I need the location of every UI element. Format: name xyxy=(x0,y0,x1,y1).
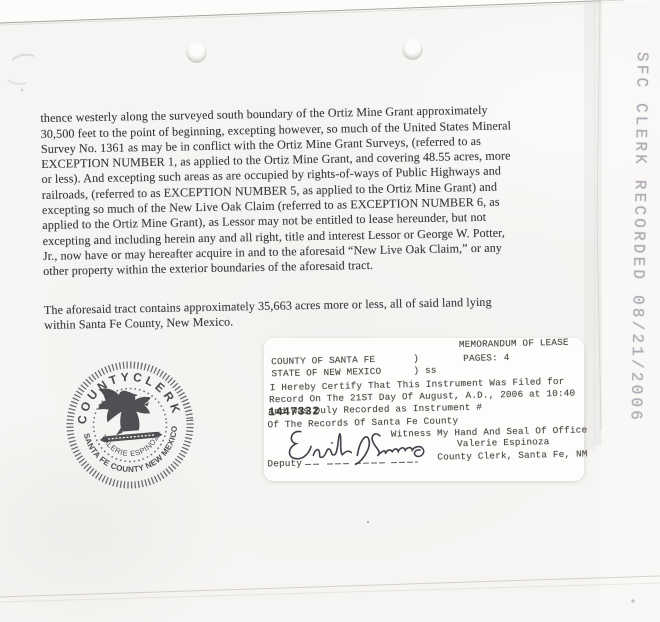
stamp-county: COUNTY OF SANTA FE xyxy=(271,354,375,367)
scanned-document-page: thence westerly along the surveyed south… xyxy=(0,0,660,622)
speck-2 xyxy=(367,521,369,523)
clerk-title: County Clerk, Santa Fe, NM xyxy=(437,448,587,462)
clerk-name: Valerie Espinoza xyxy=(457,436,550,449)
stamp-title: MEMORANDUM OF LEASE xyxy=(459,337,569,350)
stamp-pages: PAGES: 4 xyxy=(463,352,509,364)
paragraph-exceptions: thence westerly along the surveyed south… xyxy=(40,101,628,280)
stamp-paren-1: ) xyxy=(413,353,419,364)
binder-hole-right xyxy=(402,39,423,60)
side-recorder-stamp: SFC CLERK RECORDED 08/21/2006 xyxy=(627,52,651,424)
pencil-smudge-2 xyxy=(8,80,26,84)
stamp-state: STATE OF NEW MEXICO xyxy=(271,366,381,379)
pencil-smudge-1 xyxy=(12,55,34,60)
county-clerk-seal: COUNTYCLERK SANTA FE COUNTY NEW MEXICO V… xyxy=(54,349,206,501)
stamp-certify-line-3: And Was Duly Recorded as Instrument # 14… xyxy=(268,405,319,419)
bottom-crease-1 xyxy=(0,576,660,597)
recording-label: MEMORANDUM OF LEASE COUNTY OF SANTA FE )… xyxy=(264,338,584,481)
paper-top-edge-shadow xyxy=(0,2,624,25)
paragraph-acreage: The aforesaid tract contains approximate… xyxy=(44,292,629,333)
binder-hole-left xyxy=(186,42,207,63)
page-top-margin xyxy=(0,0,660,23)
paper-top-edge xyxy=(0,0,624,23)
deputy-signature xyxy=(285,420,442,473)
stamp-paren-ss: ) ss xyxy=(413,365,436,377)
speck-3 xyxy=(631,599,634,602)
speck-1 xyxy=(21,89,24,92)
eagle-emblem xyxy=(95,384,162,443)
bottom-crease-2 xyxy=(0,583,660,602)
recording-stamp: MEMORANDUM OF LEASE COUNTY OF SANTA FE )… xyxy=(263,332,586,482)
legal-description-text: thence westerly along the surveyed south… xyxy=(40,85,630,348)
